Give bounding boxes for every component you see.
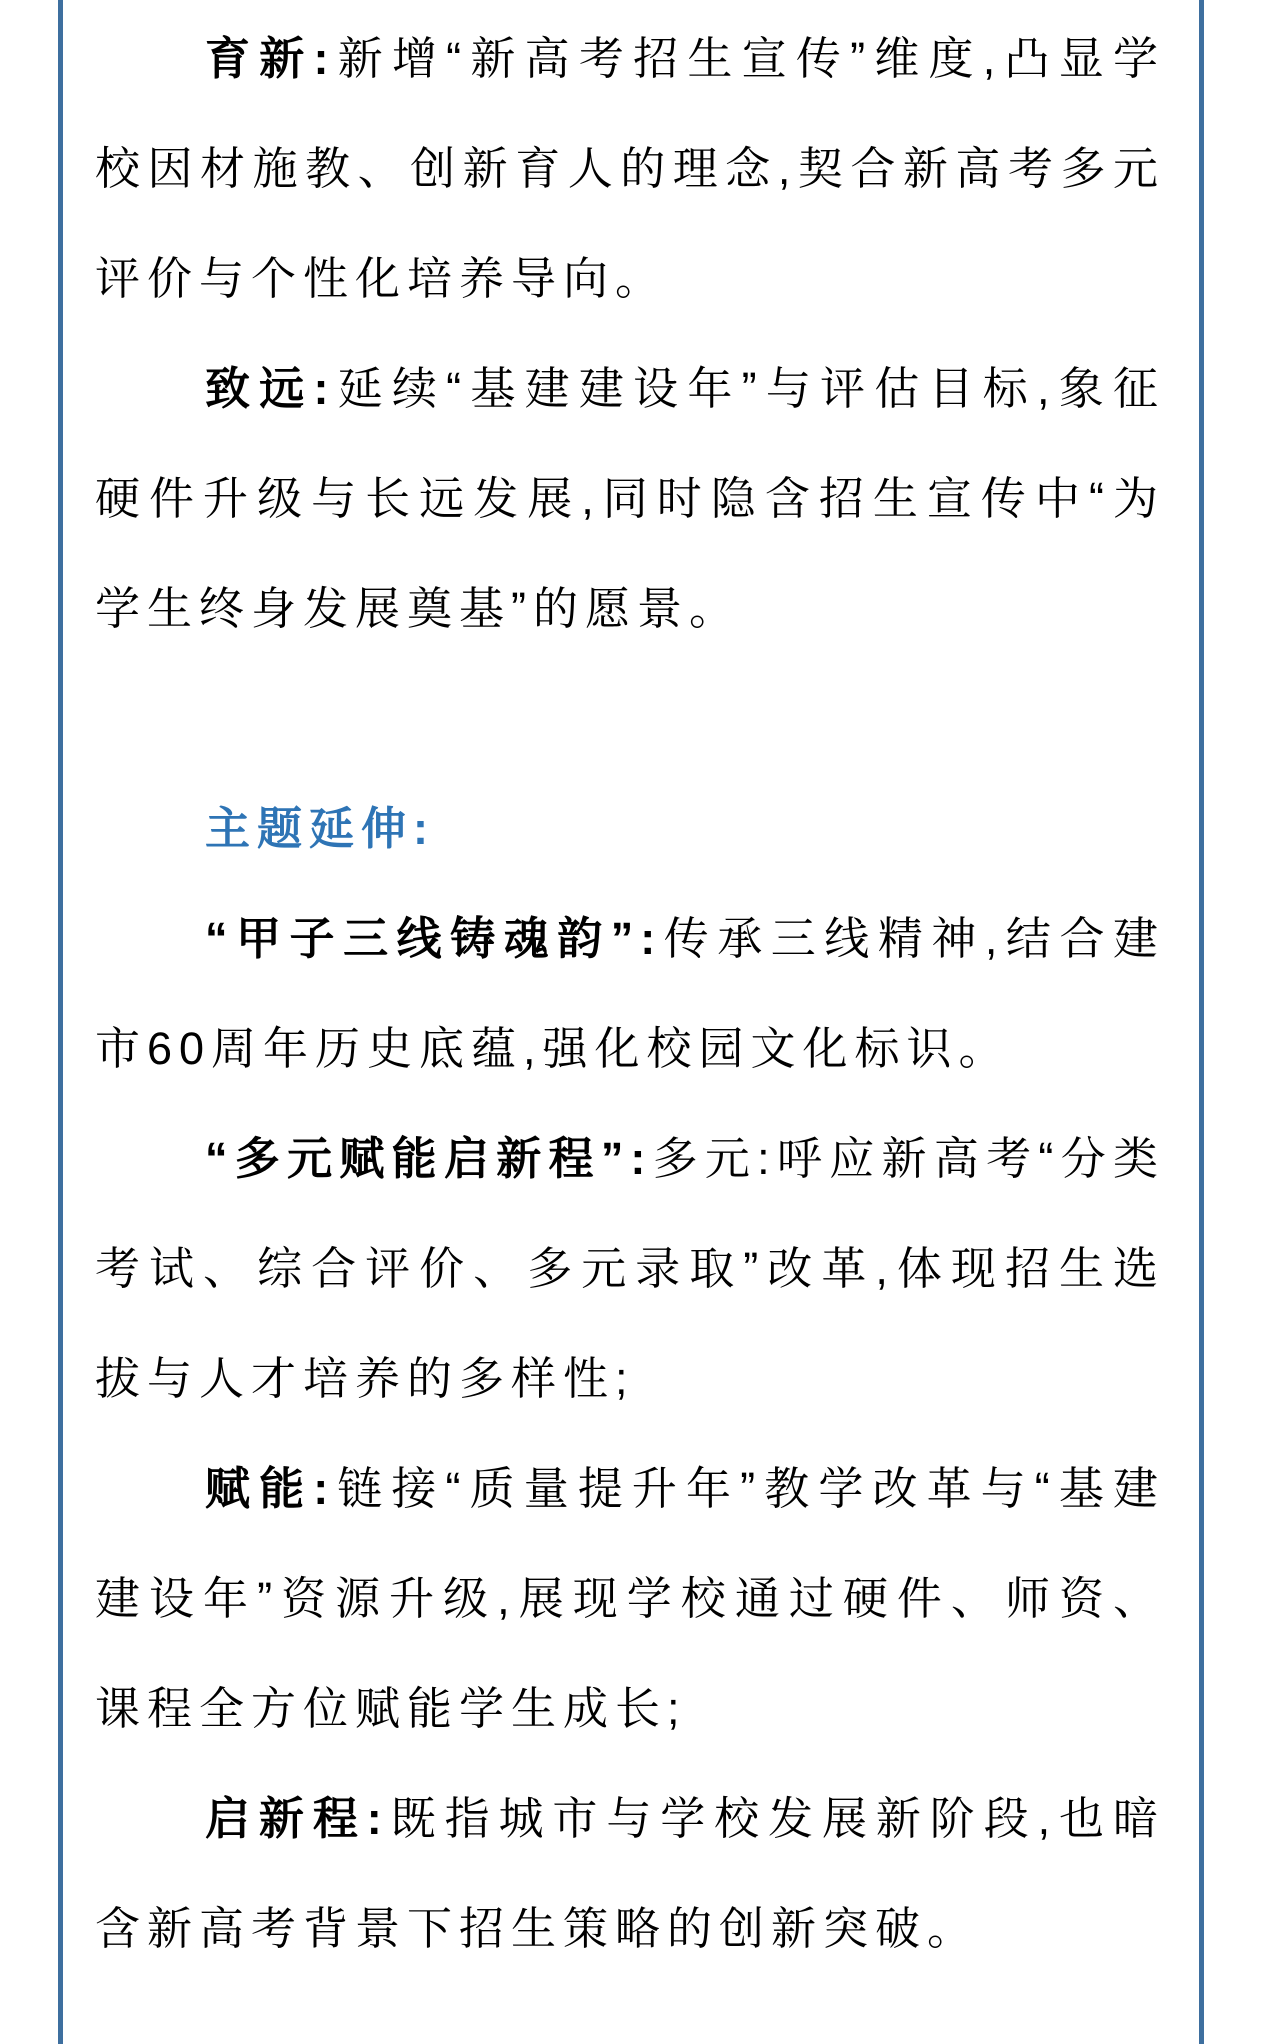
paragraph-qixincheng: 启新程:既指城市与学校发展新阶段,也暗含新高考背景下招生策略的创新突破。 (95, 1764, 1165, 1984)
paragraph-funeng-lead: 赋能: (205, 1463, 335, 1514)
section-heading-theme-extension: 主题延伸: (95, 774, 1165, 884)
paragraph-jiazi-lead: “甲子三线铸魂韵”: (205, 913, 662, 964)
document-content-box: 育新:新增“新高考招生宣传”维度,凸显学校因材施教、创新育人的理念,契合新高考多… (58, 0, 1204, 2044)
paragraph-yuxin-lead: 育新: (205, 33, 335, 84)
paragraph-qixincheng-lead: 启新程: (205, 1793, 389, 1844)
paragraph-yuxin: 育新:新增“新高考招生宣传”维度,凸显学校因材施教、创新育人的理念,契合新高考多… (95, 4, 1165, 334)
paragraph-duoyuan: “多元赋能启新程”:多元:呼应新高考“分类考试、综合评价、多元录取”改革,体现招… (95, 1104, 1165, 1434)
paragraph-jiazi: “甲子三线铸魂韵”:传承三线精神,结合建市60周年历史底蕴,强化校园文化标识。 (95, 884, 1165, 1104)
paragraph-funeng: 赋能:链接“质量提升年”教学改革与“基建建设年”资源升级,展现学校通过硬件、师资… (95, 1434, 1165, 1764)
paragraph-duoyuan-lead: “多元赋能启新程”: (205, 1133, 652, 1184)
paragraph-zhiyuan-lead: 致远: (205, 363, 335, 414)
paragraph-zhiyuan: 致远:延续“基建建设年”与评估目标,象征硬件升级与长远发展,同时隐含招生宣传中“… (95, 334, 1165, 664)
